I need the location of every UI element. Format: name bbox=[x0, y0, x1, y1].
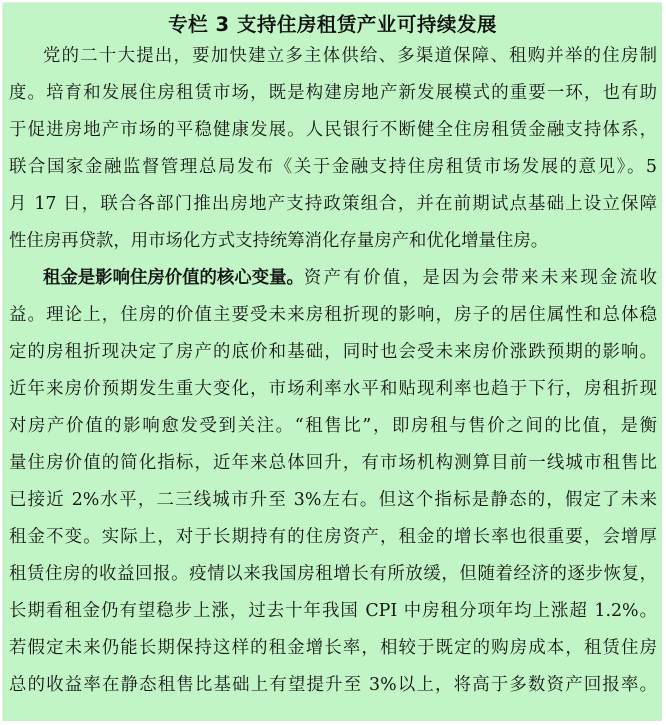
paragraph-2-line-9: 租赁住房的收益回报。疫情以来我国房租增长有所放缓，但随着经济的逐步恢复， bbox=[9, 564, 657, 584]
paragraph-2-line-7: 已接近 2%水平，二三线城市升至 3%左右。但这个指标是静态的，假定了未来 bbox=[9, 490, 657, 510]
paragraph-1-line-5: 月 17 日，联合各部门推出房地产支持政策组合，并在前期试点基础上设立保障 bbox=[9, 194, 657, 214]
paragraph-2-line-11: 若假定未来仍能长期保持这样的租金增长率，相较于既定的购房成本，租赁住房 bbox=[9, 638, 657, 658]
paragraph-1-line-6: 性住房再贷款，用市场化方式支持统筹消化存量房产和优化增量住房。 bbox=[9, 231, 657, 251]
column-title: 专栏 3 支持住房租赁产业可持续发展 bbox=[3, 9, 662, 37]
paragraph-1-line-3: 于促进房地产市场的平稳健康发展。人民银行不断健全住房租赁金融支持体系， bbox=[9, 120, 657, 140]
paragraph-2-line-2: 益。理论上，住房的价值主要受未来房租折现的影响，房子的居住属性和总体稳 bbox=[9, 305, 657, 325]
paragraph-2-line-4: 近年来房价预期发生重大变化，市场利率水平和贴现利率也趋于下行，房租折现 bbox=[9, 379, 657, 399]
paragraph-2-lead: 租金是影响住房价值的核心变量。 bbox=[43, 268, 304, 288]
paragraph-1-line-2: 度。培育和发展住房租赁市场，既是构建房地产新发展模式的重要一环，也有助 bbox=[9, 83, 657, 103]
paragraph-2-line-3: 定的房租折现决定了房产的底价和基础，同时也会受未来房价涨跌预期的影响。 bbox=[9, 342, 657, 362]
paragraph-2-line-8: 租金不变。实际上，对于长期持有的住房资产，租金的增长率也很重要，会增厚 bbox=[9, 527, 657, 547]
paragraph-2-line-12: 总的收益率在静态租售比基础上有望提升至 3%以上，将高于多数资产回报率。 bbox=[9, 675, 657, 695]
paragraph-2-line-6: 量住房价值的简化指标，近年来总体回升，有市场机构测算目前一线城市租售比 bbox=[9, 453, 657, 473]
paragraph-1-line-4: 联合国家金融监督管理总局发布《关于金融支持住房租赁市场发展的意见》。5 bbox=[9, 157, 657, 177]
paragraph-1-line-1: 党的二十大提出，要加快建立多主体供给、多渠道保障、租购并举的住房制 bbox=[43, 46, 657, 66]
paragraph-2-line-5: 对房产价值的影响愈发受到关注。“租售比”，即房租与售价之间的比值，是衡 bbox=[9, 416, 657, 436]
paragraph-2-line-1: 租金是影响住房价值的核心变量。 资产有价值，是因为会带来未来现金流收 bbox=[43, 268, 657, 288]
column-box: 专栏 3 支持住房租赁产业可持续发展 党的二十大提出，要加快建立多主体供给、多渠… bbox=[2, 2, 662, 721]
paragraph-2-line-10: 长期看租金仍有望稳步上涨，过去十年我国 CPI 中房租分项年均上涨超 1.2%。 bbox=[9, 601, 657, 621]
paragraph-2-line-1-text: 资产有价值，是因为会带来未来现金流收 bbox=[304, 268, 657, 288]
